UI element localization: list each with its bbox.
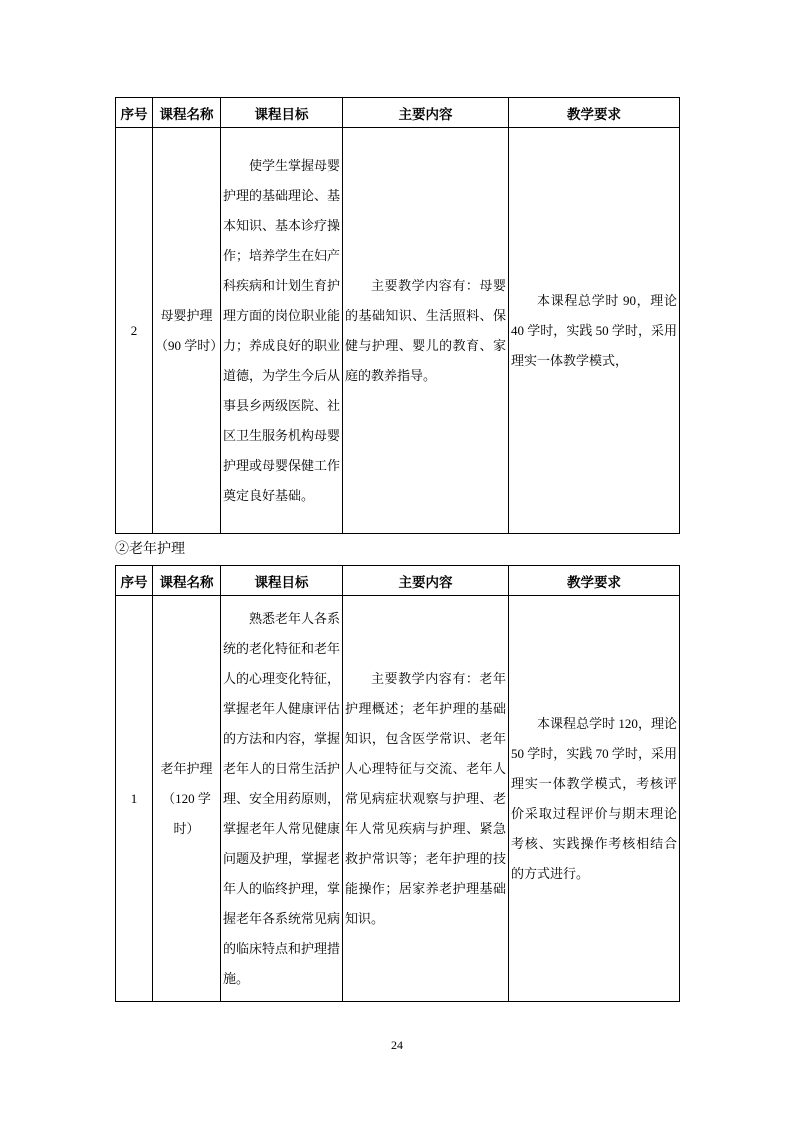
- maternal-infant-care-table: 序号 课程名称 课程目标 主要内容 教学要求 2 母婴护理（90 学时） 使学生…: [115, 97, 680, 534]
- table1-header-teaching-requirement: 教学要求: [509, 98, 680, 128]
- table2-serial-cell: 1: [116, 596, 153, 1002]
- table1-course-name-cell: 母婴护理（90 学时）: [153, 128, 221, 534]
- section-heading-elderly-care: ②老年护理: [115, 534, 679, 565]
- table2-header-serial: 序号: [116, 566, 153, 596]
- page-number: 24: [0, 1038, 794, 1053]
- table1-serial-cell: 2: [116, 128, 153, 534]
- table2-header-course-objective: 课程目标: [221, 566, 343, 596]
- table1-header-serial: 序号: [116, 98, 153, 128]
- table2-course-name-cell: 老年护理（120 学时）: [153, 596, 221, 1002]
- elderly-care-table: 序号 课程名称 课程目标 主要内容 教学要求 1 老年护理（120 学时） 熟悉…: [115, 565, 680, 1002]
- table1-teaching-requirement-cell: 本课程总学时 90，理论 40 学时，实践 50 学时，采用理实一体教学模式，: [509, 128, 680, 534]
- table2-header-row: 序号 课程名称 课程目标 主要内容 教学要求: [116, 566, 680, 596]
- document-page: 序号 课程名称 课程目标 主要内容 教学要求 2 母婴护理（90 学时） 使学生…: [0, 0, 794, 1123]
- table1-header-course-objective: 课程目标: [221, 98, 343, 128]
- table1-data-row: 2 母婴护理（90 学时） 使学生掌握母婴护理的基础理论、基本知识、基本诊疗操作…: [116, 128, 680, 534]
- table2-main-content-cell: 主要教学内容有：老年护理概述；老年护理的基础知识，包含医学常识、老年人心理特征与…: [343, 596, 509, 1002]
- table1-header-main-content: 主要内容: [343, 98, 509, 128]
- table2-header-teaching-requirement: 教学要求: [509, 566, 680, 596]
- table1-course-objective-cell: 使学生掌握母婴护理的基础理论、基本知识、基本诊疗操作；培养学生在妇产科疾病和计划…: [221, 128, 343, 534]
- table2-header-main-content: 主要内容: [343, 566, 509, 596]
- table2-teaching-requirement-cell: 本课程总学时 120，理论 50 学时，实践 70 学时，采用理实一体教学模式，…: [509, 596, 680, 1002]
- table1-header-course-name: 课程名称: [153, 98, 221, 128]
- table1-header-row: 序号 课程名称 课程目标 主要内容 教学要求: [116, 98, 680, 128]
- table2-header-course-name: 课程名称: [153, 566, 221, 596]
- table2-data-row: 1 老年护理（120 学时） 熟悉老年人各系统的老化特征和老年人的心理变化特征，…: [116, 596, 680, 1002]
- table1-main-content-cell: 主要教学内容有：母婴的基础知识、生活照料、保健与护理、婴儿的教育、家庭的教养指导…: [343, 128, 509, 534]
- page-content: 序号 课程名称 课程目标 主要内容 教学要求 2 母婴护理（90 学时） 使学生…: [115, 97, 679, 1002]
- table2-course-objective-cell: 熟悉老年人各系统的老化特征和老年人的心理变化特征，掌握老年人健康评估的方法和内容…: [221, 596, 343, 1002]
